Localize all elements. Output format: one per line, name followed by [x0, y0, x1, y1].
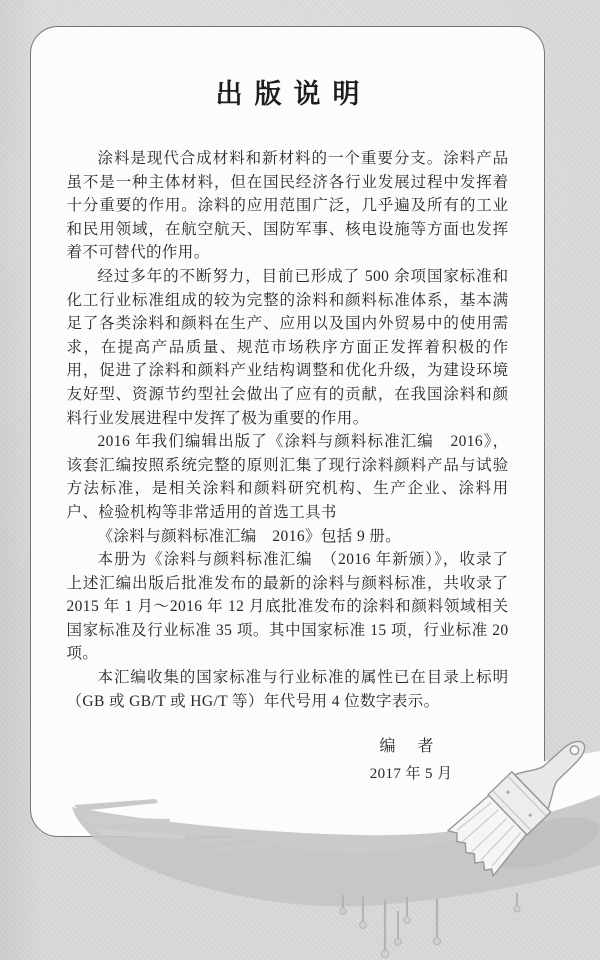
- paint-drips: [340, 893, 520, 958]
- paragraph-5: 本册为《涂料与颜料标准汇编 （2016 年新颁）》，收录了上述汇编出版后批准发布…: [67, 548, 509, 666]
- page-frame: 出版说明 涂料是现代合成材料和新材料的一个重要分支。涂料产品虽不是一种主体材料，…: [30, 26, 545, 837]
- publication-date: 2017 年 5 月: [67, 763, 509, 787]
- page-title: 出版说明: [31, 79, 544, 109]
- paragraph-3: 2016 年我们编辑出版了《涂料与颜料标准汇编 2016》，该套汇编按照系统完整…: [67, 430, 509, 524]
- author-signature: 编 者: [67, 735, 509, 759]
- paragraph-2: 经过多年的不断努力，目前已形成了 500 余项国家标准和化工行业标准组成的较为完…: [67, 265, 509, 430]
- paragraph-1: 涂料是现代合成材料和新材料的一个重要分支。涂料产品虽不是一种主体材料，但在国民经…: [67, 147, 509, 265]
- book-page: 出版说明 涂料是现代合成材料和新材料的一个重要分支。涂料产品虽不是一种主体材料，…: [0, 0, 600, 960]
- paragraph-6: 本汇编收集的国家标准与行业标准的属性已在目录上标明（GB 或 GB/T 或 HG…: [67, 666, 509, 713]
- signature-block: 编 者 2017 年 5 月: [67, 735, 509, 786]
- body-text: 涂料是现代合成材料和新材料的一个重要分支。涂料产品虽不是一种主体材料，但在国民经…: [67, 147, 509, 786]
- paragraph-4: 《涂料与颜料标准汇编 2016》包括 9 册。: [67, 525, 509, 549]
